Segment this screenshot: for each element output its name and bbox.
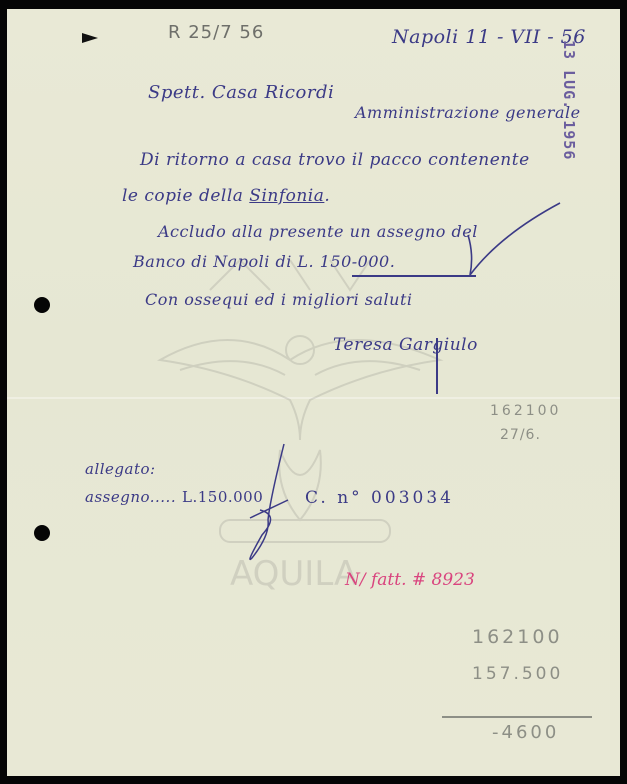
calc-result: -4600 xyxy=(492,722,559,743)
check-amount: L. 150-000. xyxy=(297,252,395,271)
pencil-date-note: 27/6. xyxy=(500,427,541,443)
work-title: Sinfonia xyxy=(249,186,324,206)
body-line-4: Banco di Napoli di L. 150-000. xyxy=(133,252,395,271)
body-line-2-prefix: le copie della xyxy=(122,186,249,206)
reference-mark: R 25/7 56 xyxy=(168,22,264,43)
punch-hole-top xyxy=(34,297,50,313)
calc-line-2: 157.500 xyxy=(472,664,563,684)
closing-line: Con ossequi ed i migliori saluti xyxy=(145,290,413,309)
attachment-item-ref: C. n° 003034 xyxy=(305,488,454,508)
signature-flourish xyxy=(436,338,438,394)
received-date-stamp: 13 LUG. 1956 xyxy=(560,40,578,160)
punch-hole-bottom xyxy=(34,525,50,541)
body-line-2-suffix: . xyxy=(324,186,330,206)
amount-underline xyxy=(352,275,476,277)
paper-tear-mark xyxy=(82,33,98,43)
attachments-label: allegato: xyxy=(85,460,156,478)
body-line-4-prefix: Banco di Napoli di xyxy=(133,252,297,271)
invoice-annotation: N/ fatt. # 8923 xyxy=(345,570,475,590)
body-line-3: Accludo alla presente un assegno del xyxy=(158,222,478,241)
addressee-line-2: Amministrazione generale xyxy=(355,103,581,122)
body-line-2: le copie della Sinfonia. xyxy=(122,186,330,206)
addressee-line-1: Spett. Casa Ricordi xyxy=(148,82,334,103)
calc-line-1: 162100 xyxy=(472,626,563,648)
place-date: Napoli 11 - VII - 56 xyxy=(392,26,586,48)
check-mark-icon xyxy=(460,195,570,280)
initials-mark-icon xyxy=(240,440,300,570)
body-line-1: Di ritorno a casa trovo il pacco contene… xyxy=(140,150,530,170)
signature: Teresa Gargiulo xyxy=(333,335,478,355)
calc-divider xyxy=(442,716,592,718)
pencil-amount-note: 162100 xyxy=(490,403,561,419)
attachment-item-label: assegno..... xyxy=(85,488,176,506)
